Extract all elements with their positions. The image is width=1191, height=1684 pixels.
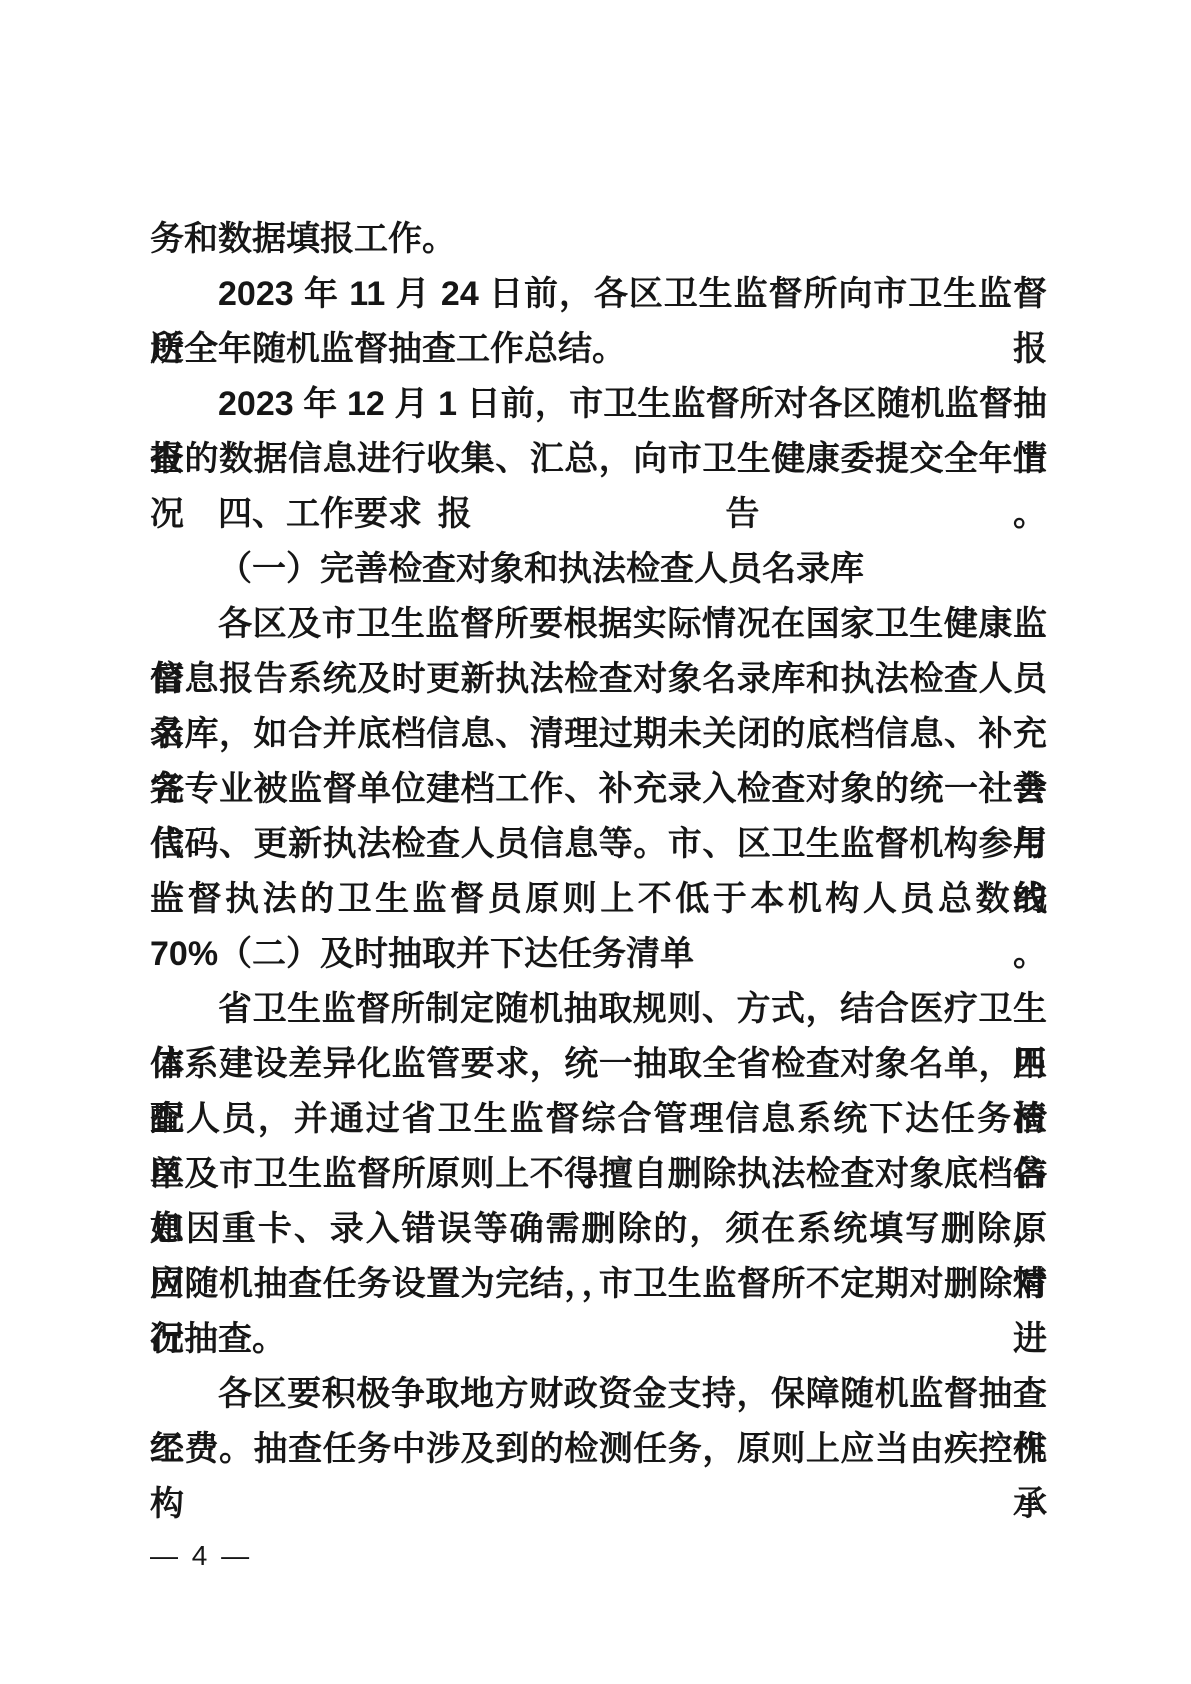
text-line: 信息报告系统及时更新执法检查对象名录库和执法检查人员名	[150, 652, 1047, 707]
text-line: 如因重卡、录入错误等确需删除的，须在系统填写删除原因，对	[150, 1202, 1047, 1257]
document-page: 务和数据填报工作。2023 年 11 月 24 日前，各区卫生监督所向市卫生监督…	[0, 0, 1191, 1684]
text-line: 体系建设差异化监管要求，统一抽取全省检查对象名单，匹配检	[150, 1037, 1047, 1092]
text-line: 查人员，并通过省卫生监督综合管理信息系统下达任务清单。各	[150, 1092, 1047, 1147]
text-line: 监督执法的卫生监督员原则上不低于本机构人员总数的 70%。	[150, 872, 1047, 927]
text-line: 2023 年 11 月 24 日前，各区卫生监督所向市卫生监督所报	[150, 267, 1047, 322]
page-number: — 4 —	[150, 1536, 252, 1576]
text-line: 各区及市卫生监督所要根据实际情况在国家卫生健康监督	[150, 597, 1047, 652]
text-line: （一）完善检查对象和执法检查人员名录库	[150, 542, 1047, 597]
text-line: 各区要积极争取地方财政资金支持，保障随机监督抽查工作	[150, 1367, 1047, 1422]
text-line: 2023 年 12 月 1 日前，市卫生监督所对各区随机监督抽查上	[150, 377, 1047, 432]
text-line: 区及市卫生监督所原则上不得擅自删除执法检查对象底档信息，	[150, 1147, 1047, 1202]
text-line: 省卫生监督所制定随机抽取规则、方式，结合医疗卫生信用	[150, 982, 1047, 1037]
document-body: 务和数据填报工作。2023 年 11 月 24 日前，各区卫生监督所向市卫生监督…	[150, 212, 1047, 1477]
text-line: 各专业被监督单位建档工作、补充录入检查对象的统一社会信用	[150, 762, 1047, 817]
text-line: 代码、更新执法检查人员信息等。市、区卫生监督机构参与一线	[150, 817, 1047, 872]
text-line: 录库，如合并底档信息、清理过期未关闭的底档信息、补充完善	[150, 707, 1047, 762]
text-line: 务和数据填报工作。	[150, 212, 1047, 267]
text-line: 经费。抽查任务中涉及到的检测任务，原则上应当由疾控机构承	[150, 1422, 1047, 1477]
text-line: 报的数据信息进行收集、汇总，向市卫生健康委提交全年情况报告。	[150, 432, 1047, 487]
text-line: 应随机抽查任务设置为完结，市卫生监督所不定期对删除情况进	[150, 1257, 1047, 1312]
